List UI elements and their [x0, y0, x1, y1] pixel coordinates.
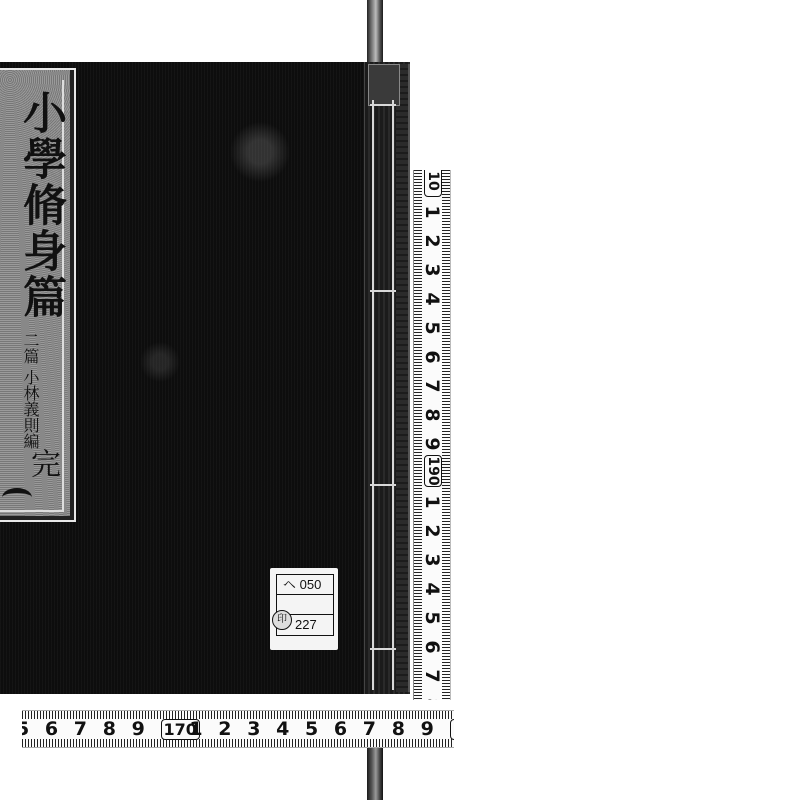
ruler-label: 5: [305, 718, 318, 740]
ruler-label: 1: [421, 203, 443, 221]
library-label: ヘ 050 227 印: [270, 568, 338, 650]
ruler-label: 8: [421, 406, 443, 424]
ruler-label: 7: [421, 377, 443, 395]
ruler-label: 7: [421, 667, 443, 685]
ruler-label: 8: [103, 718, 116, 740]
ruler-label: 5: [421, 319, 443, 337]
ruler-label: 6: [421, 348, 443, 366]
ruler-label: 4: [421, 290, 443, 308]
book-subtitle: 二篇 小林義則編: [22, 332, 38, 449]
decorative-mark: [2, 488, 32, 507]
binding-stitch: [370, 648, 396, 650]
page-edge: [396, 64, 410, 692]
ruler-label: 190: [424, 455, 442, 487]
book-title: 小學脩身篇: [18, 90, 62, 320]
ruler-label: 9: [132, 718, 145, 740]
ruler-label: 2: [421, 232, 443, 250]
ruler-label: 7: [363, 718, 376, 740]
ruler-label: 9: [421, 718, 434, 740]
title-slip: 小學脩身篇 二篇 小林義則編 完: [0, 68, 76, 522]
ruler-label: 6: [334, 718, 347, 740]
ruler-label: 8: [421, 696, 443, 700]
ruler-ticks: [22, 739, 454, 747]
bookmark-strip-bottom: [367, 740, 383, 800]
horizontal-ruler: 5678917012345678918: [22, 710, 454, 748]
ruler-label: 3: [421, 261, 443, 279]
ruler-label: 5: [22, 718, 29, 740]
ruler-label: 4: [276, 718, 289, 740]
ruler-label: 1: [421, 493, 443, 511]
ruler-label: 6: [421, 638, 443, 656]
ruler-label: 7: [74, 718, 87, 740]
ruler-label: 10: [424, 170, 442, 197]
binding-stitch: [370, 484, 396, 486]
ruler-label: 3: [421, 551, 443, 569]
bookmark-strip-top: [367, 0, 383, 70]
ruler-ticks: [442, 170, 450, 700]
ruler-label: 18: [450, 719, 455, 740]
binding-stitch: [370, 104, 396, 106]
ruler-label: 3: [247, 718, 260, 740]
ruler-label: 9: [421, 435, 443, 453]
ruler-label: 2: [421, 522, 443, 540]
ruler-label: 1: [189, 718, 202, 740]
binding-stitch: [370, 290, 396, 292]
library-stamp-icon: 印: [272, 610, 292, 630]
ruler-label: 8: [392, 718, 405, 740]
binding-thread: [392, 100, 394, 690]
vertical-ruler: 1012345678919012345678: [413, 170, 451, 700]
label-call-number: ヘ 050: [277, 575, 333, 595]
binding-thread: [372, 100, 374, 690]
ruler-label: 5: [421, 609, 443, 627]
book-title-end: 完: [20, 448, 64, 478]
ruler-label: 4: [421, 580, 443, 598]
ruler-label: 6: [45, 718, 58, 740]
ruler-label: 2: [218, 718, 231, 740]
